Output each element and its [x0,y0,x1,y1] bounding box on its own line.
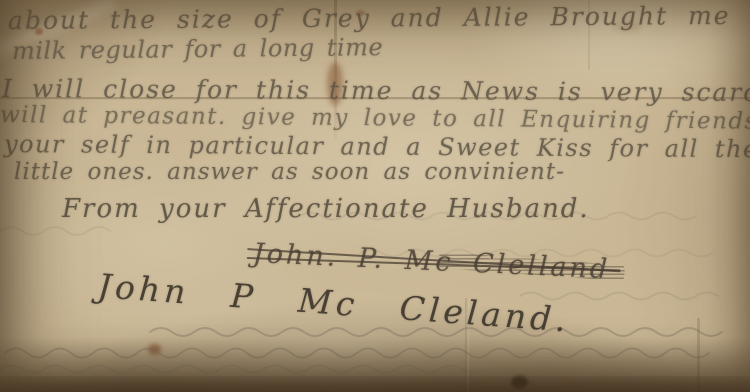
letter-line-4: will at preasant. give my love to all En… [0,102,750,135]
letter-line-1: about the size of Grey and Allie Brought… [8,1,731,35]
letter-line-2: milk regular for a long time [12,33,383,65]
dark-spot-on-fold [511,376,528,389]
ghost-writing-line [0,227,110,235]
bottom-shadow-band [0,376,750,392]
signature-crossed-out: John. P. Mc Clelland [252,238,611,285]
bleedthrough-line [0,366,484,373]
handwritten-letter-page: about the size of Grey and Allie Brought… [0,0,750,392]
closing-line: From your Affectionate Husband. [62,194,590,224]
vertical-fold-crease-bottom-right [697,318,700,392]
letter-line-6: little ones. answer as soon as convinien… [14,159,565,185]
small-stain [148,344,161,355]
bleedthrough-line [5,349,709,358]
